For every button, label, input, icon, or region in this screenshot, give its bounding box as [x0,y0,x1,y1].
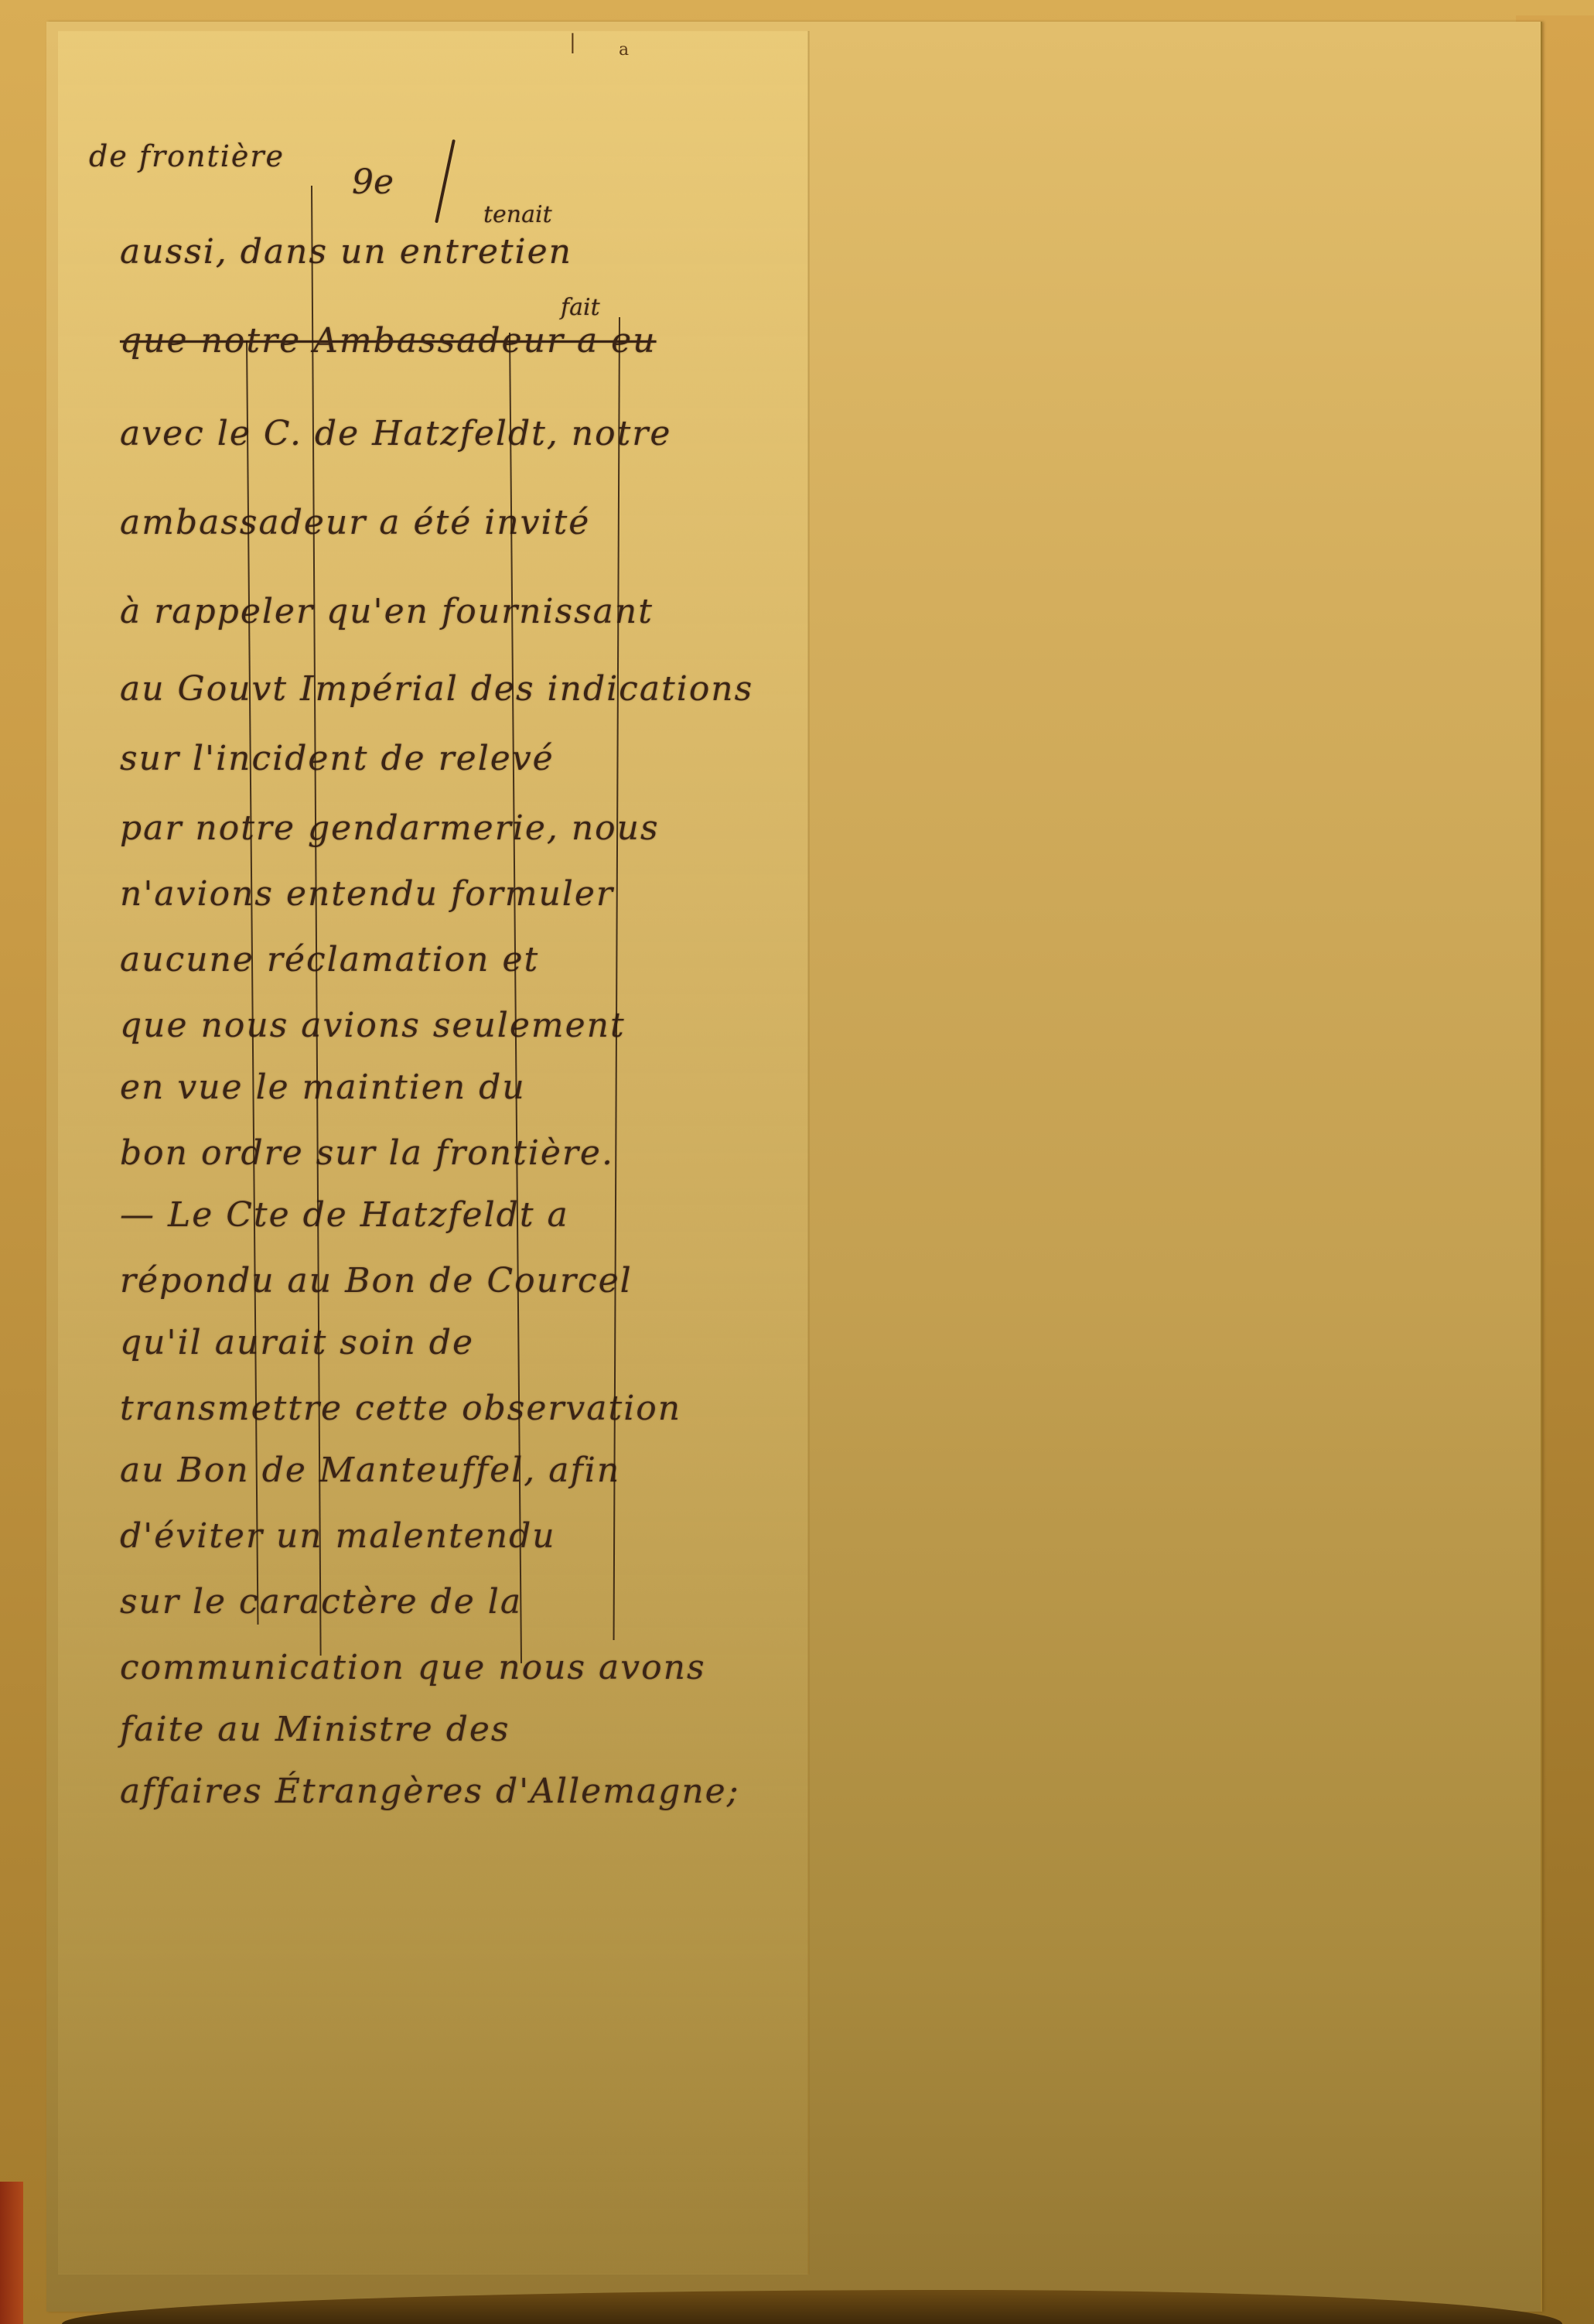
manuscript-line-21: communication que nous avons [120,1648,706,1687]
manuscript-line-7: sur l'incident de relevé [120,739,555,778]
top-mark-2: a [619,40,629,60]
thumb-edge [0,2182,23,2324]
manuscript-line-18: au Bon de Manteuffel, afin [120,1451,620,1490]
manuscript-line-13: bon ordre sur la frontière. [120,1133,614,1173]
manuscript-line-10: aucune réclamation et [120,940,539,979]
insertion-tenait: tenait [483,201,552,228]
header-fragment: de frontière [89,139,285,173]
manuscript-line-2: que notre Ambassadeur a eu [120,321,657,361]
page-reference: 9e [352,162,394,202]
manuscript-line-11: que nous avions seulement [120,1006,626,1045]
manuscript-line-9: n'avions entendu formuler [120,874,614,914]
manuscript-line-1: aussi, dans un entretien [120,232,572,272]
struck-line-text: que notre Ambassadeur a eu [120,321,657,361]
manuscript-line-19: d'éviter un malentendu [120,1516,556,1556]
top-mark-1: | [569,31,576,54]
insertion-fait: fait [561,294,600,321]
manuscript-line-3: avec le C. de Hatzfeldt, notre [120,414,671,453]
manuscript-line-16: qu'il aurait soin de [120,1323,474,1362]
manuscript-line-12: en vue le maintien du [120,1068,526,1107]
page-fold [807,31,810,2274]
manuscript-line-22: faite au Ministre des [120,1710,510,1749]
manuscript-line-15: répondu au Bon de Courcel [120,1261,633,1300]
manuscript-line-5: à rappeler qu'en fournissant [120,592,654,631]
manuscript-line-17: transmettre cette observation [120,1389,681,1428]
manuscript-line-23: affaires Étrangères d'Allemagne; [120,1772,740,1811]
manuscript-line-4: ambassadeur a été invité [120,503,590,542]
manuscript-line-6: au Gouvt Impérial des indications [120,669,753,709]
manuscript-line-14: — Le Cte de Hatzfeldt a [120,1195,569,1235]
manuscript-line-8: par notre gendarmerie, nous [120,808,660,848]
